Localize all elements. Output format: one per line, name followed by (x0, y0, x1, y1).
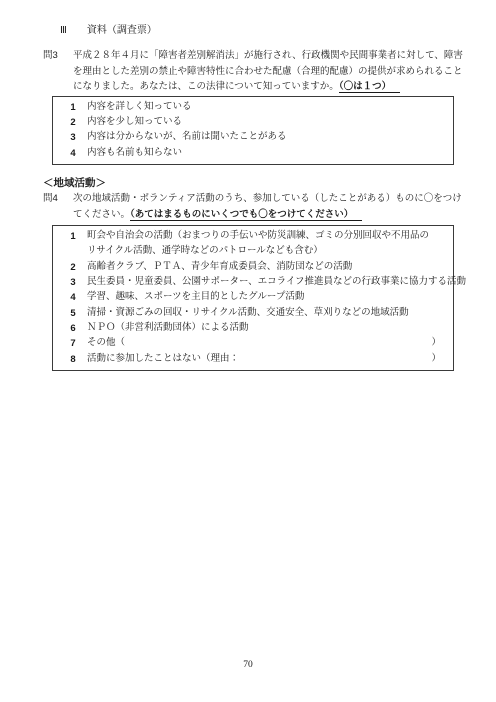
option-text: 町会や自治会の活動（おまつりの手伝いや防災訓練、ゴミの分別回収や不用品の リサイ… (87, 229, 453, 260)
question-3-instruction: （〇は１つ） (339, 81, 400, 93)
option-text: 内容は分からないが、名前は聞いたことがある (87, 130, 453, 145)
option-text: ＮＰＯ（非営利活動団体）による活動 (87, 321, 453, 336)
question-4-instruction: （あてはまるものにいくつでも〇をつけてください） (130, 209, 362, 221)
option-number: 2 (66, 260, 80, 275)
option-row: 8 活動に参加したことはない（理由： ） (53, 352, 453, 367)
option-row: 1 内容を詳しく知っている (53, 100, 453, 115)
option-number: 1 (66, 100, 80, 115)
option-number: 5 (66, 306, 80, 321)
option-text: 活動に参加したことはない（理由： (87, 352, 431, 367)
chiiki-section-heading: ＜地域活動＞ (43, 176, 460, 191)
option-text: 内容を少し知っている (87, 115, 453, 130)
question-4-line-2: てください。（あてはまるものにいくつでも〇をつけてください） (73, 207, 462, 223)
option-close-paren: ） (431, 352, 441, 367)
option-text: 高齢者クラブ、ＰＴＡ、青少年育成委員会、消防団などの活動 (87, 260, 453, 275)
option-text: 学習、趣味、スポーツを主目的としたグループ活動 (87, 290, 453, 305)
option-number: 4 (66, 146, 80, 161)
option-text: 内容も名前も知らない (87, 146, 453, 161)
option-row: 3 内容は分からないが、名前は聞いたことがある (53, 130, 453, 145)
question-4-label: 問4 (43, 191, 73, 222)
question-3-line-3: になりました。あなたは、この法律について知っていますか。（〇は１つ） (73, 79, 463, 95)
option-row: 6 ＮＰＯ（非営利活動団体）による活動 (53, 321, 453, 336)
document-header: Ⅲ 資料（調査票） (60, 23, 460, 38)
question-3-line-1: 平成２８年４月に「障害者差別解消法」が施行され、行政機関や民間事業者に対して、障… (73, 48, 463, 64)
option-close-paren: ） (431, 336, 441, 351)
option-number: 3 (66, 130, 80, 145)
option-number: 1 (66, 229, 80, 244)
question-3-label: 問3 (43, 48, 73, 95)
option-number: 3 (66, 275, 80, 290)
question-3-block: 問3 平成２８年４月に「障害者差別解消法」が施行され、行政機関や民間事業者に対し… (43, 48, 460, 95)
section-numeral: Ⅲ (60, 23, 67, 38)
question-4-options-box: 1 町会や自治会の活動（おまつりの手伝いや防災訓練、ゴミの分別回収や不用品の リ… (52, 225, 454, 371)
question-4-line-1: 次の地域活動・ボランティア活動のうち、参加している（したことがある）ものに〇をつ… (73, 191, 462, 207)
option-number: 6 (66, 321, 80, 336)
option-number: 8 (66, 352, 80, 367)
question-3-line-3-text: になりました。あなたは、この法律について知っていますか。 (73, 81, 339, 92)
question-3-text: 平成２８年４月に「障害者差別解消法」が施行され、行政機関や民間事業者に対して、障… (73, 48, 463, 95)
page-content: Ⅲ 資料（調査票） 問3 平成２８年４月に「障害者差別解消法」が施行され、行政機… (0, 0, 496, 371)
option-row: 3 民生委員・児童委員、公園サポーター、エコライフ推進員などの行政事業に協力する… (53, 275, 453, 290)
option-row: 1 町会や自治会の活動（おまつりの手伝いや防災訓練、ゴミの分別回収や不用品の リ… (53, 229, 453, 260)
document-page: Ⅲ 資料（調査票） 問3 平成２８年４月に「障害者差別解消法」が施行され、行政機… (0, 0, 496, 702)
question-4-text: 次の地域活動・ボランティア活動のうち、参加している（したことがある）ものに〇をつ… (73, 191, 462, 222)
option-row: 2 高齢者クラブ、ＰＴＡ、青少年育成委員会、消防団などの活動 (53, 260, 453, 275)
option-text: 民生委員・児童委員、公園サポーター、エコライフ推進員などの行政事業に協力する活動 (87, 275, 453, 290)
question-3-options-box: 1 内容を詳しく知っている 2 内容を少し知っている 3 内容は分からないが、名… (52, 96, 454, 166)
option-number: 2 (66, 115, 80, 130)
question-4-line-2-text: てください。 (73, 209, 130, 220)
option-number: 4 (66, 290, 80, 305)
option-row: 5 清掃・資源ごみの回収・リサイクル活動、交通安全、草刈りなどの地域活動 (53, 306, 453, 321)
question-4-block: 問4 次の地域活動・ボランティア活動のうち、参加している（したことがある）ものに… (43, 191, 460, 222)
option-row: 7 その他（ ） (53, 336, 453, 351)
option-row: 2 内容を少し知っている (53, 115, 453, 130)
option-text: 清掃・資源ごみの回収・リサイクル活動、交通安全、草刈りなどの地域活動 (87, 306, 453, 321)
option-text: 内容を詳しく知っている (87, 100, 453, 115)
question-3-line-2: を理由とした差別の禁止や障害特性に合わせた配慮（合理的配慮）の提供が求められるこ… (73, 64, 463, 80)
option-number: 7 (66, 336, 80, 351)
option-row: 4 学習、趣味、スポーツを主目的としたグループ活動 (53, 290, 453, 305)
option-text: その他（ (87, 336, 431, 351)
page-number: 70 (0, 660, 496, 670)
option-row: 4 内容も名前も知らない (53, 146, 453, 161)
document-title: 資料（調査票） (87, 23, 157, 38)
